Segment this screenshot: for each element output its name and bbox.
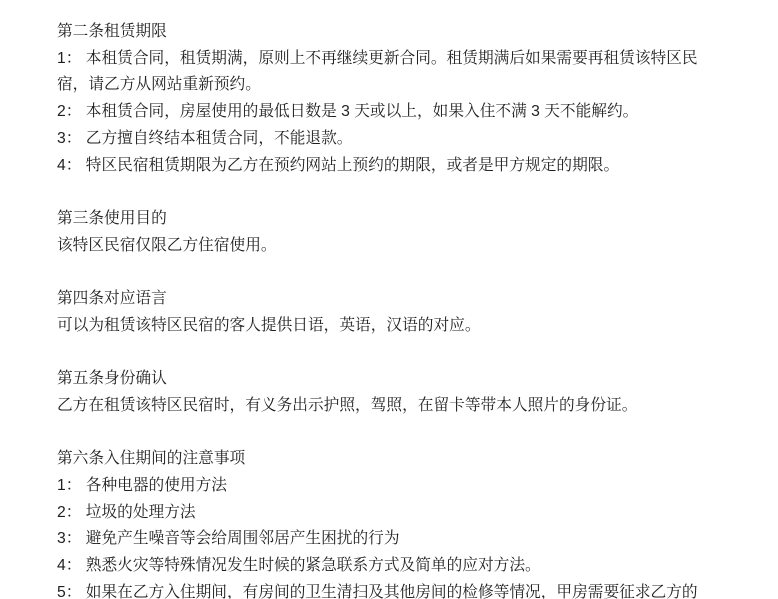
article-5-heading: 第五条身份确认 [57, 366, 738, 393]
article-6-item-5: 5： 如果在乙方入住期间，有房间的卫生清扫及其他房间的检修等情况，甲房需要征求乙… [57, 580, 738, 599]
section-article-4-supported-languages: 第四条对应语言 可以为租赁该特区民宿的客人提供日语，英语，汉语的对应。 [57, 286, 738, 339]
article-4-heading: 第四条对应语言 [57, 286, 738, 313]
article-6-item-4: 4： 熟悉火灾等特殊情况发生时候的紧急联系方式及简单的应对方法。 [57, 553, 738, 580]
article-6-item-1: 1： 各种电器的使用方法 [57, 473, 738, 500]
contract-document-page: 第二条租赁期限 1： 本租赁合同，租赁期满，原则上不再继续更新合同。租赁期满后如… [0, 0, 778, 599]
section-article-5-identity-verification: 第五条身份确认 乙方在租赁该特区民宿时，有义务出示护照，驾照，在留卡等带本人照片… [57, 366, 738, 419]
article-6-item-3: 3： 避免产生噪音等会给周围邻居产生困扰的行为 [57, 526, 738, 553]
article-5-body: 乙方在租赁该特区民宿时，有义务出示护照，驾照，在留卡等带本人照片的身份证。 [57, 393, 738, 420]
article-2-item-1-line-2: 宿，请乙方从网站重新预约。 [57, 72, 738, 99]
article-2-item-4: 4： 特区民宿租赁期限为乙方在预约网站上预约的期限，或者是甲方规定的期限。 [57, 153, 738, 180]
article-2-heading: 第二条租赁期限 [57, 19, 738, 46]
article-6-heading: 第六条入住期间的注意事项 [57, 446, 738, 473]
section-article-3-usage-purpose: 第三条使用目的 该特区民宿仅限乙方住宿使用。 [57, 206, 738, 259]
article-6-item-2: 2： 垃圾的处理方法 [57, 500, 738, 527]
article-3-heading: 第三条使用目的 [57, 206, 738, 233]
article-2-item-1-line-1: 1： 本租赁合同，租赁期满，原则上不再继续更新合同。租赁期满后如果需要再租赁该特… [57, 46, 738, 73]
article-2-item-2: 2： 本租赁合同，房屋使用的最低日数是 3 天或以上，如果入住不满 3 天不能解… [57, 99, 738, 126]
section-article-2-lease-term: 第二条租赁期限 1： 本租赁合同，租赁期满，原则上不再继续更新合同。租赁期满后如… [57, 19, 738, 179]
article-2-item-3: 3： 乙方擅自终结本租赁合同，不能退款。 [57, 126, 738, 153]
section-article-6-stay-precautions: 第六条入住期间的注意事项 1： 各种电器的使用方法 2： 垃圾的处理方法 3： … [57, 446, 738, 599]
article-4-body: 可以为租赁该特区民宿的客人提供日语，英语，汉语的对应。 [57, 313, 738, 340]
article-3-body: 该特区民宿仅限乙方住宿使用。 [57, 233, 738, 260]
